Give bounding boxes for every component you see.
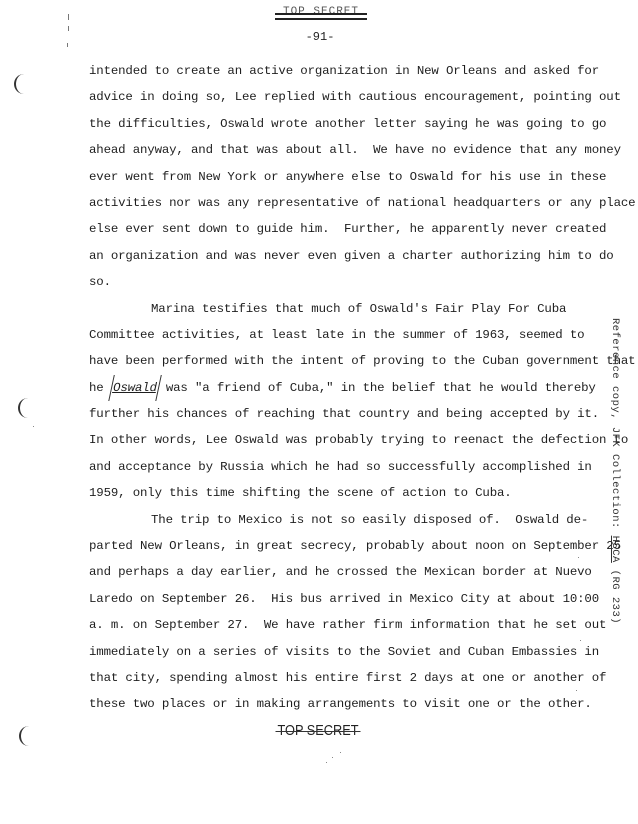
scan-speck: [332, 757, 333, 758]
bracketed-insertion: Oswald: [108, 375, 161, 401]
scan-speck: [33, 426, 34, 427]
text-line: and perhaps a day earlier, and he crosse…: [89, 559, 589, 585]
strikethrough-line: [275, 13, 367, 15]
text-line: he Oswald was "a friend of Cuba," in the…: [89, 375, 589, 401]
annotation-suffix: (RG 233): [609, 563, 621, 624]
margin-mark: [67, 43, 68, 47]
text-line: and acceptance by Russia which he had so…: [89, 454, 589, 480]
text-line: advice in doing so, Lee replied with cau…: [89, 84, 589, 110]
text-line: else ever sent down to guide him. Furthe…: [89, 216, 589, 242]
document-page: TOP SECRET -91- intended to create an ac…: [0, 0, 638, 824]
margin-mark: [68, 14, 69, 20]
scan-speck: [576, 690, 577, 691]
scan-speck: [326, 762, 327, 763]
text-line: the difficulties, Oswald wrote another l…: [89, 111, 589, 137]
header-classification-stamp: TOP SECRET: [275, 6, 367, 18]
punch-hole-mark: [14, 74, 26, 94]
paragraph: The trip to Mexico is not so easily disp…: [89, 507, 589, 718]
text-line: a. m. on September 27. We have rather fi…: [89, 612, 589, 638]
text-line: Laredo on September 26. His bus arrived …: [89, 586, 589, 612]
text-line: The trip to Mexico is not so easily disp…: [89, 507, 589, 533]
text-span: Marina testifies that much of Oswald's F…: [151, 302, 566, 316]
text-line: ahead anyway, and that was about all. We…: [89, 137, 589, 163]
text-line: so.: [89, 269, 589, 295]
text-line: intended to create an active organizatio…: [89, 58, 589, 84]
scan-speck: [580, 640, 581, 641]
paragraph: intended to create an active organizatio…: [89, 58, 589, 296]
text-line: further his chances of reaching that cou…: [89, 401, 589, 427]
text-span: was "a friend of Cuba," in the belief th…: [159, 381, 596, 395]
text-line: parted New Orleans, in great secrecy, pr…: [89, 533, 589, 559]
text-line: have been performed with the intent of p…: [89, 348, 589, 374]
text-span: The trip to Mexico is not so easily disp…: [151, 513, 588, 527]
annotation-prefix: Reference copy, JFK Collection:: [609, 318, 621, 536]
header-stamp-text: TOP SECRET: [283, 6, 359, 18]
text-line: 1959, only this time shifting the scene …: [89, 480, 589, 506]
strikethrough-line: [275, 18, 367, 20]
text-line: immediately on a series of visits to the…: [89, 639, 589, 665]
text-line: these two places or in making arrangemen…: [89, 691, 589, 717]
text-line: ever went from New York or anywhere else…: [89, 164, 589, 190]
annotation-collection: HSCA: [609, 536, 621, 563]
punch-hole-mark: [19, 726, 31, 746]
text-line: In other words, Lee Oswald was probably …: [89, 427, 589, 453]
strikethrough-line: [276, 731, 361, 732]
paragraph: Marina testifies that much of Oswald's F…: [89, 296, 589, 507]
document-body: intended to create an active organizatio…: [89, 58, 589, 718]
text-line: activities nor was any representative of…: [89, 190, 589, 216]
footer-classification-stamp: TOP SECRET: [276, 722, 361, 739]
margin-mark: [68, 26, 69, 31]
text-line: an organization and was never even given…: [89, 243, 589, 269]
scan-speck: [578, 557, 579, 558]
text-span: he: [89, 381, 111, 395]
page-number: -91-: [300, 30, 340, 44]
text-line: Committee activities, at least late in t…: [89, 322, 589, 348]
text-line: that city, spending almost his entire fi…: [89, 665, 589, 691]
punch-hole-mark: [18, 398, 30, 418]
text-line: Marina testifies that much of Oswald's F…: [89, 296, 589, 322]
reference-copy-annotation: Reference copy, JFK Collection: HSCA (RG…: [609, 318, 621, 648]
scan-speck: [340, 752, 341, 753]
